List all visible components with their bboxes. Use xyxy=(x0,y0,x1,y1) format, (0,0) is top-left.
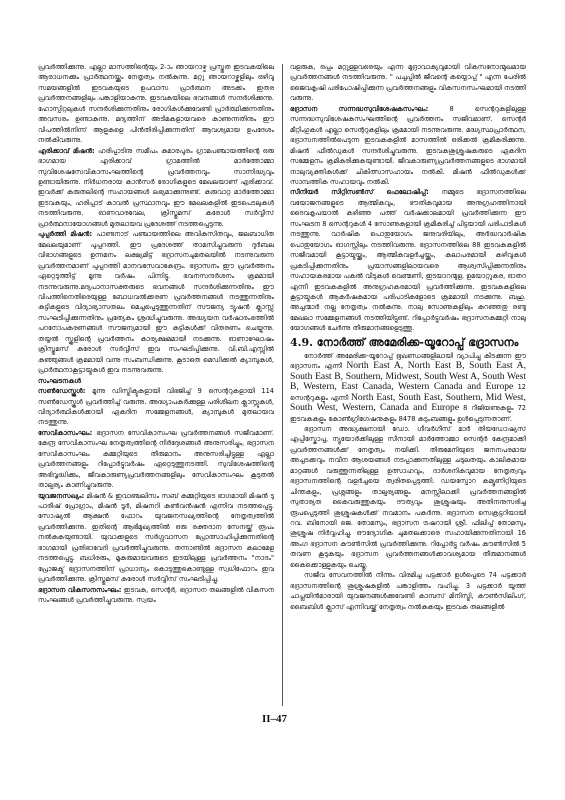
page-number: II–47 xyxy=(262,713,287,725)
sunday-school-heading: സൺഡേസ്കൂൾ: xyxy=(38,387,85,395)
paragraph-diocese-overview: നോർത്ത് അമേരിക്ക-യൂറോപ്പ് ഭൂഖണ്ഡങ്ങളിലായ… xyxy=(290,351,526,424)
sevika-sangham-heading: സേവികാസംഘം: xyxy=(38,429,92,437)
paragraph-yuvajanasakhyam: യുവജനസഖ്യം: മിഷൻ & ഇവാഞ്ചലിസം സബ് കമ്മറ്… xyxy=(38,491,274,585)
document-page: പ്രവർത്തിക്കുന്നു. എല്ലാ മാസത്തിന്റെയും … xyxy=(38,62,528,712)
organizations-heading: സംഘടനകൾ xyxy=(38,376,274,386)
left-column: പ്രവർത്തിക്കുന്നു. എല്ലാ മാസത്തിന്റെയും … xyxy=(38,62,274,712)
right-column: വളരുക, ഒപ്പം മറ്റുള്ളവരെയും എന്ന മുദ്രാവ… xyxy=(290,62,526,712)
paragraph-ministry-intro: പ്രവർത്തിക്കുന്നു. എല്ലാ മാസത്തിന്റെയും … xyxy=(38,62,274,146)
senior-citizens-text: നമ്മുടെ ഭദ്രാസനത്തിലെ വയോജനങ്ങളുടെ ആത്മി… xyxy=(290,188,526,332)
sannadha-sangham-heading: ഭദ്രാസന സന്നദ്ധസുവിശേഷകസംഘം: xyxy=(290,105,428,113)
puppally-mission-text: പാണ്ടനാട് പഞ്ചായത്തിലെ അവികസിതവും, ജലബാധ… xyxy=(38,230,274,374)
paragraph-sunday-school: സൺഡേസ്കൂൾ: മൂന്നു ഡിസ്ട്രിക്ടുകളായി വിഭജ… xyxy=(38,386,274,428)
vikasana-sangham-heading: ഭദ്രാസന വികസനസംഘം: xyxy=(38,586,121,594)
paragraph-erikkavu-mission: എരിക്കാവ് മിഷൻ: ഹരിപ്പാടിനു സമീപം കുമാരപ… xyxy=(38,146,274,230)
paragraph-vikasana-sangham: ഭദ്രാസന വികസനസംഘം: ഇടവക, സെന്റർ, ഭദ്രാസന… xyxy=(38,585,274,606)
paragraph-vikasana-continued: വളരുക, ഒപ്പം മറ്റുള്ളവരെയും എന്ന മുദ്രാവ… xyxy=(290,62,526,104)
yuvajanasakhyam-text: മിഷൻ & ഇവാഞ്ചലിസം സബ് കമ്മറ്റിയുടെ ഭാഗമാ… xyxy=(38,492,274,584)
paragraph-puppally-mission: പുപ്പർത്തി മിഷൻ: പാണ്ടനാട് പഞ്ചായത്തിലെ … xyxy=(38,229,274,375)
erikkavu-mission-text: ഹരിപ്പാടിനു സമീപം കുമാരപുരം ഗ്രാമപഞ്ചായത… xyxy=(38,147,274,228)
sannadha-sangham-text: 8 സെന്ററുകളിലുള്ള സന്നദ്ധസുവിശേഷകസംഘത്തി… xyxy=(290,105,526,186)
senior-citizens-heading: സീനിയർ സിറ്റിസൺസ് ഫെലോഷിപ്പ്: xyxy=(290,188,429,196)
section-heading-4-9: 4.9. നോർത്ത് അമേരിക്ക-യൂറോപ്പ് ഭദ്രാസനം xyxy=(290,335,526,350)
yuvajanasakhyam-heading: യുവജനസഖ്യം: xyxy=(38,492,84,500)
paragraph-clergy: സജീവ സേവനത്തിൽ നിന്നും വിരമിച്ച പട്ടക്കാ… xyxy=(290,570,526,612)
paragraph-diocese-leadership: ഭദ്രാസന അദ്ധ്യക്ഷനായി ഡോ. ഗീവർഗീസ് മാർ ത… xyxy=(290,424,526,570)
paragraph-sannadha-sangham: ഭദ്രാസന സന്നദ്ധസുവിശേഷകസംഘം: 8 സെന്ററുകള… xyxy=(290,104,526,188)
paragraph-senior-citizens: സീനിയർ സിറ്റിസൺസ് ഫെലോഷിപ്പ്: നമ്മുടെ ഭദ… xyxy=(290,187,526,333)
sevika-sangham-text: ഭദ്രാസന സേവികാസംഘ പ്രവർത്തനങ്ങൾ സജീവമാണ്… xyxy=(38,429,274,489)
erikkavu-mission-heading: എരിക്കാവ് മിഷൻ: xyxy=(38,147,95,155)
column-divider xyxy=(282,64,283,706)
puppally-mission-heading: പുപ്പർത്തി മിഷൻ: xyxy=(38,230,92,238)
paragraph-sevika-sangham: സേവികാസംഘം: ഭദ്രാസന സേവികാസംഘ പ്രവർത്തനങ… xyxy=(38,428,274,491)
